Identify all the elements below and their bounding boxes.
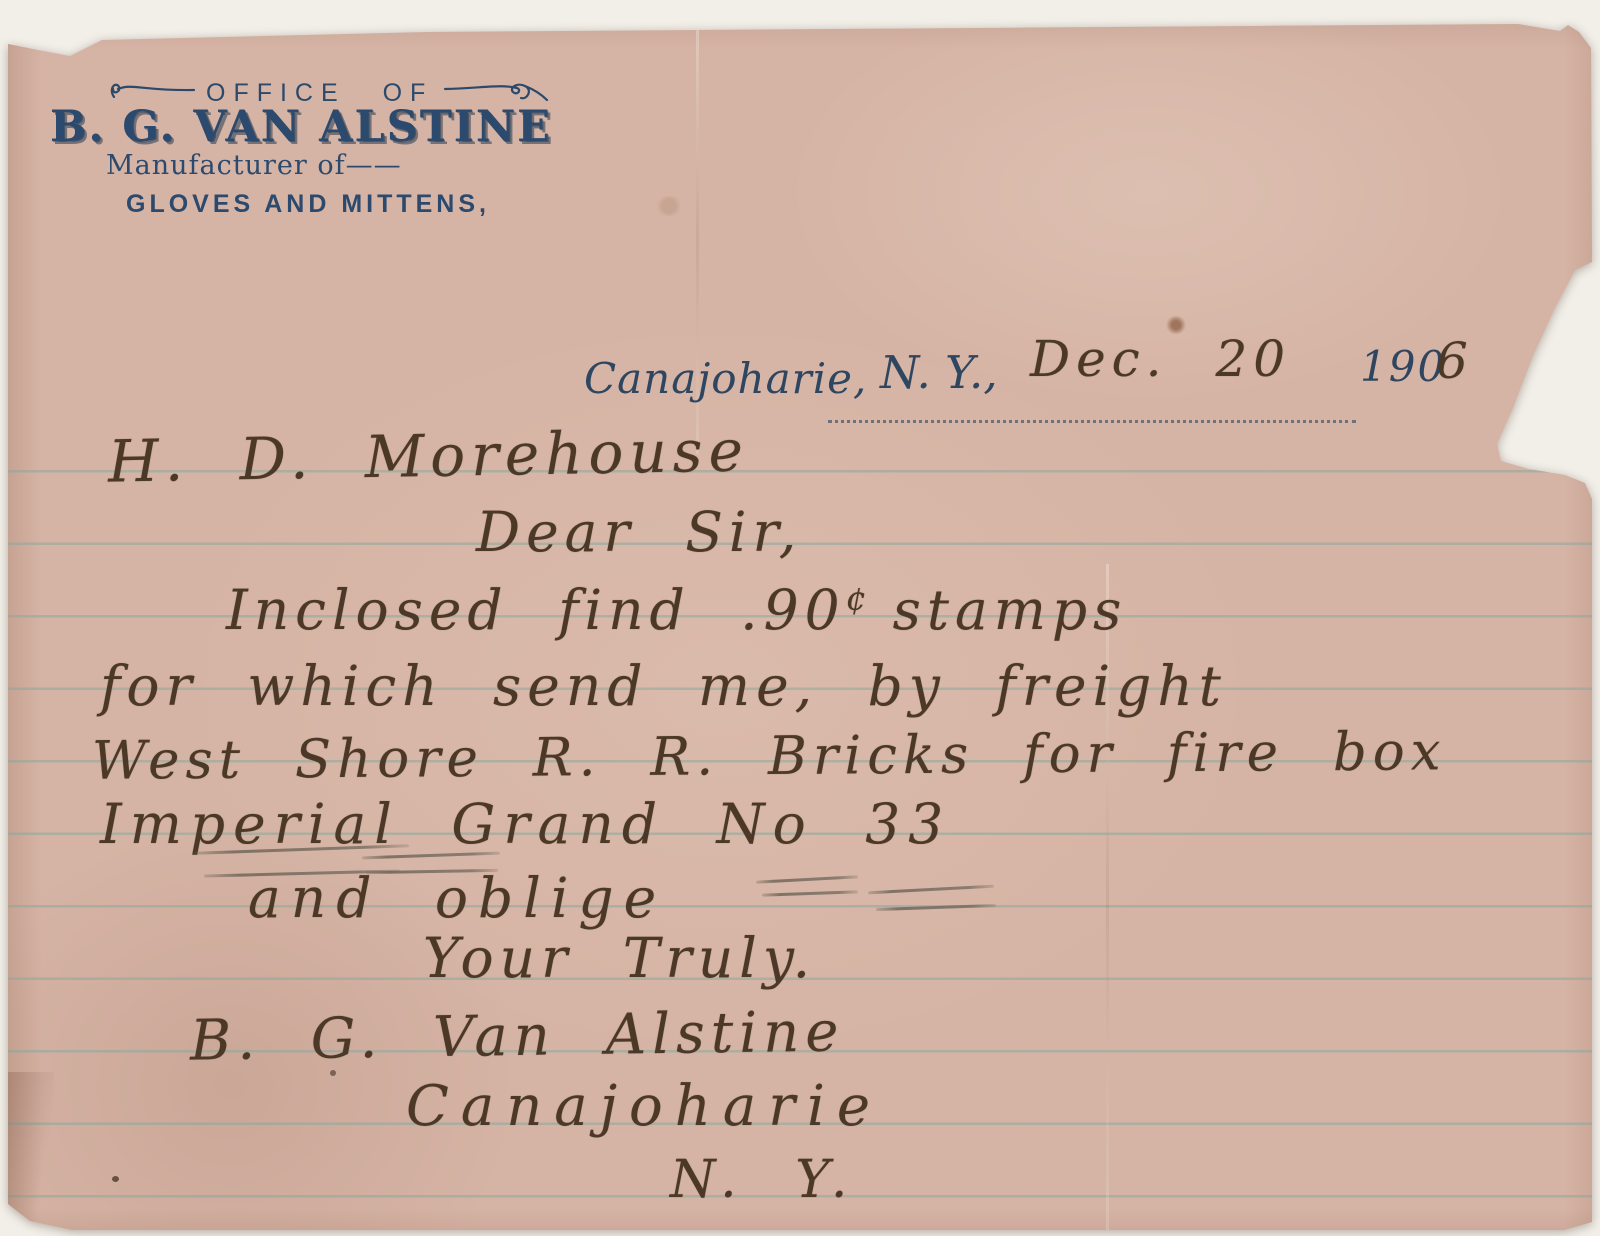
letter-paper: OFFICE OF B. G. VAN ALSTINE Manufacturer…	[8, 24, 1592, 1230]
body-line-1: Inclosed find .90¢stamps	[226, 578, 1127, 642]
company-name: B. G. VAN ALSTINE	[50, 102, 552, 152]
body-line-1-text: Inclosed find .90	[226, 578, 846, 642]
signature-place: Canajoharie	[406, 1074, 882, 1139]
dateline-place: Canajoharie,	[584, 354, 867, 403]
recipient-name: H. D. Morehouse	[107, 416, 749, 495]
cent-symbol: ¢	[846, 579, 867, 618]
body-line-3: West Shore R. R. Bricks for fire box	[92, 721, 1447, 791]
body-line-5: and oblige	[248, 866, 666, 930]
body-line-1-end: stamps	[893, 578, 1128, 642]
corner-fold	[8, 1072, 54, 1230]
body-line-2: for which send me, by freight	[100, 654, 1227, 718]
scan-canvas: OFFICE OF B. G. VAN ALSTINE Manufacturer…	[0, 0, 1600, 1236]
body-line-4: Imperial Grand No 33	[100, 792, 951, 856]
products-line: GLOVES AND MITTENS,	[126, 190, 490, 219]
closing: Your Truly.	[423, 926, 816, 990]
signature-state: N. Y.	[670, 1150, 855, 1210]
dateline-handwritten-year-digit: 6	[1436, 332, 1474, 390]
salutation: Dear Sir,	[476, 500, 802, 564]
manufacturer-line: Manufacturer of——	[106, 150, 402, 181]
signature: B. G. Van Alstine	[190, 999, 845, 1073]
dateline-printed-year: 190	[1360, 342, 1446, 391]
faint-stain	[656, 196, 682, 216]
speck	[112, 1176, 119, 1182]
dateline-handwritten-date: Dec. 20	[1030, 330, 1291, 388]
